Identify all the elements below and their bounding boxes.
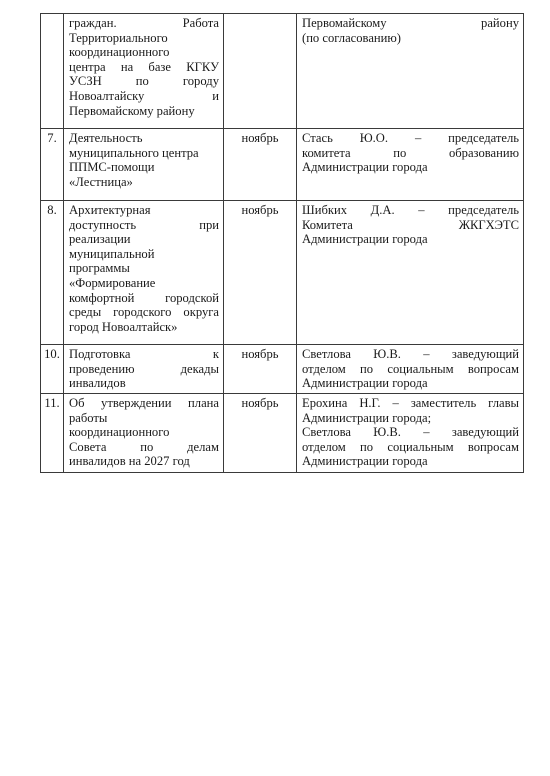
event-date: ноябрь [224,201,297,345]
text-line: работы [69,411,219,426]
text-line: проведению декады [69,362,219,377]
text-line: (по согласованию) [302,31,519,46]
text-line: муниципальной [69,247,219,262]
text-line: Комитета ЖКГХЭТС [302,218,519,233]
event-date: ноябрь [224,129,297,201]
text-line: отделом по социальным вопросам [302,440,519,455]
text-line: центра на базе КГКУ [69,60,219,75]
text-line: Администрации города; [302,411,519,426]
responsible: Первомайскому району(по согласованию) [297,14,524,129]
plan-table: граждан. РаботаТерриториальногокоординац… [40,13,524,473]
text-line: доступность при [69,218,219,233]
table-row: 7. Деятельностьмуниципального центраППМС… [41,129,524,201]
event-title: Подготовка кпроведению декадыинвалидов [64,345,224,394]
text-line: Архитектурная [69,203,219,218]
text-line: город Новоалтайск» [69,320,219,335]
text-line: Администрации города [302,160,519,175]
text-line: Первомайскому району [302,16,519,31]
table-row: граждан. РаботаТерриториальногокоординац… [41,14,524,129]
row-number: 8. [41,201,64,345]
text-line: координационного [69,425,219,440]
text-line: Шибких Д.А. – председатель [302,203,519,218]
text-line: УСЗН по городу [69,74,219,89]
text-line: комфортной городской [69,291,219,306]
event-title: граждан. РаботаТерриториальногокоординац… [64,14,224,129]
text-line: инвалидов на 2027 год [69,454,219,469]
text-line: координационного [69,45,219,60]
event-date [224,14,297,129]
text-line: инвалидов [69,376,219,391]
text-line: Администрации города [302,232,519,247]
event-title: Архитектурнаядоступность приреализацииму… [64,201,224,345]
text-line: «Формирование [69,276,219,291]
table-row: 10. Подготовка кпроведению декадыинвалид… [41,345,524,394]
text-line: «Лестница» [69,175,219,190]
responsible: Шибких Д.А. – председательКомитета ЖКГХЭ… [297,201,524,345]
responsible: Стась Ю.О. – председателькомитета по обр… [297,129,524,201]
text-line: Подготовка к [69,347,219,362]
text-line: Ерохина Н.Г. – заместитель главы [302,396,519,411]
event-date: ноябрь [224,345,297,394]
text-line: комитета по образованию [302,146,519,161]
text-line: Новоалтайску и [69,89,219,104]
table-row: 11. Об утверждении планаработыкоординаци… [41,394,524,473]
text-line: отделом по социальным вопросам [302,362,519,377]
responsible: Ерохина Н.Г. – заместитель главыАдминист… [297,394,524,473]
text-line: Светлова Ю.В. – заведующий [302,425,519,440]
text-line: Стась Ю.О. – председатель [302,131,519,146]
text-line: Администрации города [302,376,519,391]
row-number: 7. [41,129,64,201]
event-title: Об утверждении планаработыкоординационно… [64,394,224,473]
text-line: Совета по делам [69,440,219,455]
text-line: Светлова Ю.В. – заведующий [302,347,519,362]
row-number: 11. [41,394,64,473]
responsible: Светлова Ю.В. – заведующийотделом по соц… [297,345,524,394]
event-date: ноябрь [224,394,297,473]
row-number [41,14,64,129]
text-line: граждан. Работа [69,16,219,31]
event-title: Деятельностьмуниципального центраППМС-по… [64,129,224,201]
text-line: муниципального центра [69,146,219,161]
text-line: Первомайскому району [69,104,219,119]
text-line: программы [69,261,219,276]
text-line: Администрации города [302,454,519,469]
table-row: 8. Архитектурнаядоступность приреализаци… [41,201,524,345]
text-line: Об утверждении плана [69,396,219,411]
text-line: реализации [69,232,219,247]
text-line: Территориального [69,31,219,46]
row-number: 10. [41,345,64,394]
text-line: среды городского округа [69,305,219,320]
text-line: Деятельность [69,131,219,146]
text-line: ППМС-помощи [69,160,219,175]
